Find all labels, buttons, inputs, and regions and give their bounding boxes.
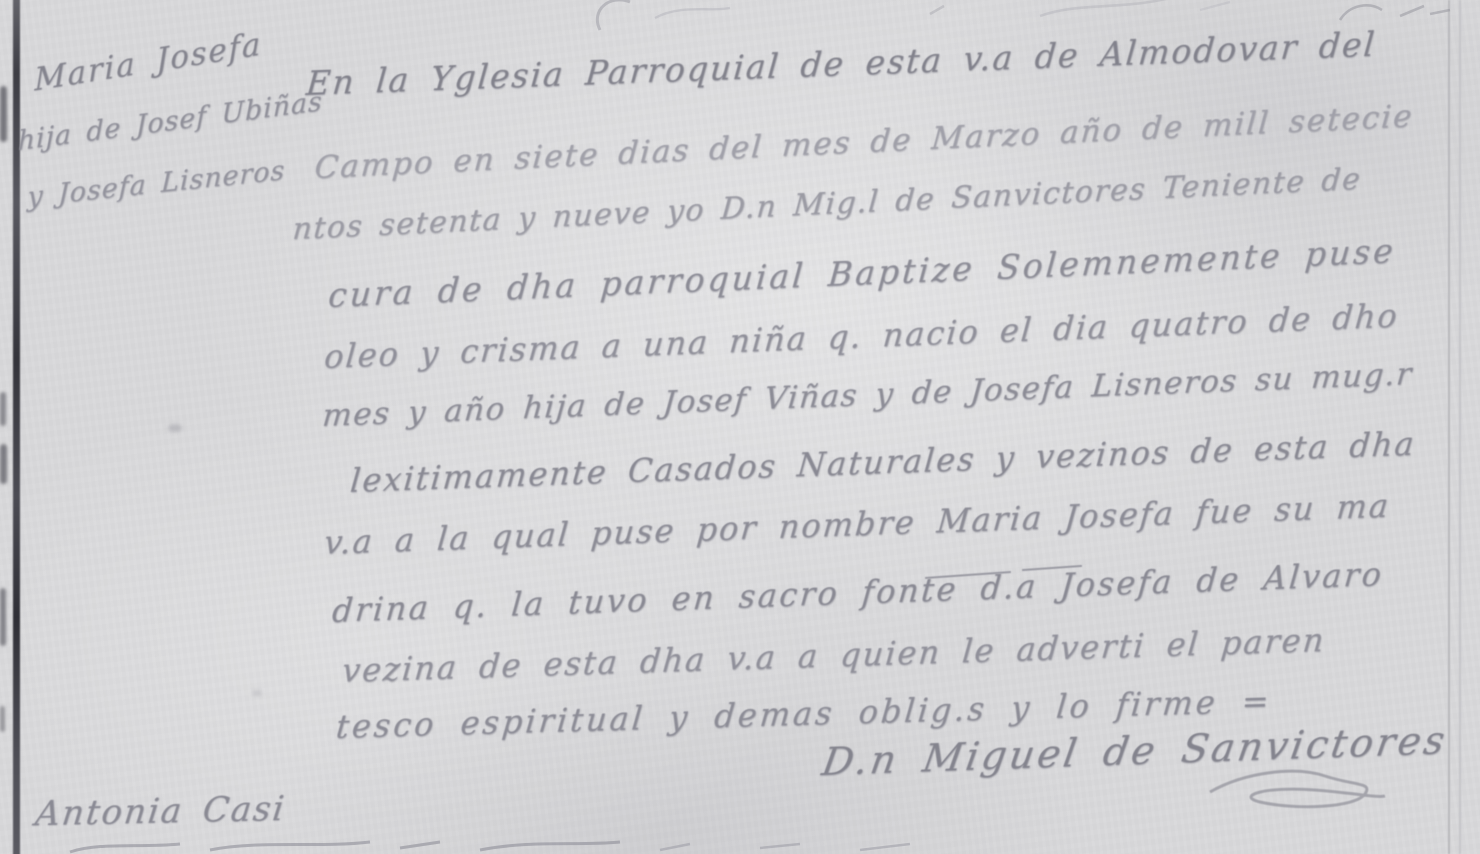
next-entry-margin-name: Antonia Casi (33, 789, 288, 834)
ink-smudge (168, 424, 182, 432)
bottom-edge-ink-fragment (60, 836, 960, 854)
edge-ink-blotch (0, 392, 6, 426)
margin-father-line: hija de Josef Ubiñas (18, 86, 323, 157)
margin-child-name: Maria Josefa (34, 26, 262, 98)
edge-ink-blotch (0, 444, 7, 484)
edge-ink-blotch (0, 86, 7, 142)
margin-mother-line: y Josefa Lisneros (27, 155, 286, 213)
record-line-10: vezina de esta dha v.a a quien le advert… (341, 621, 1328, 690)
register-page-scan: Maria Josefa hija de Josef Ubiñas y Jose… (0, 0, 1480, 854)
edge-ink-blotch (0, 706, 5, 732)
edge-ink-blotch (0, 588, 6, 646)
record-line-1: En la Yglesia Parroquial de esta v.a de … (305, 25, 1378, 103)
record-line-7: lexitimamente Casados Naturales y vezino… (349, 425, 1418, 500)
record-line-9: drina q. la tuvo en sacro fonte d.a Jose… (331, 555, 1386, 630)
top-right-ink-fragment (1330, 0, 1460, 26)
page-edge-line (1459, 0, 1461, 854)
top-edge-ink-fragment (560, 0, 1260, 34)
record-line-8: v.a a la qual puse por nombre Maria Jose… (323, 487, 1392, 562)
ink-smudge (252, 690, 262, 696)
